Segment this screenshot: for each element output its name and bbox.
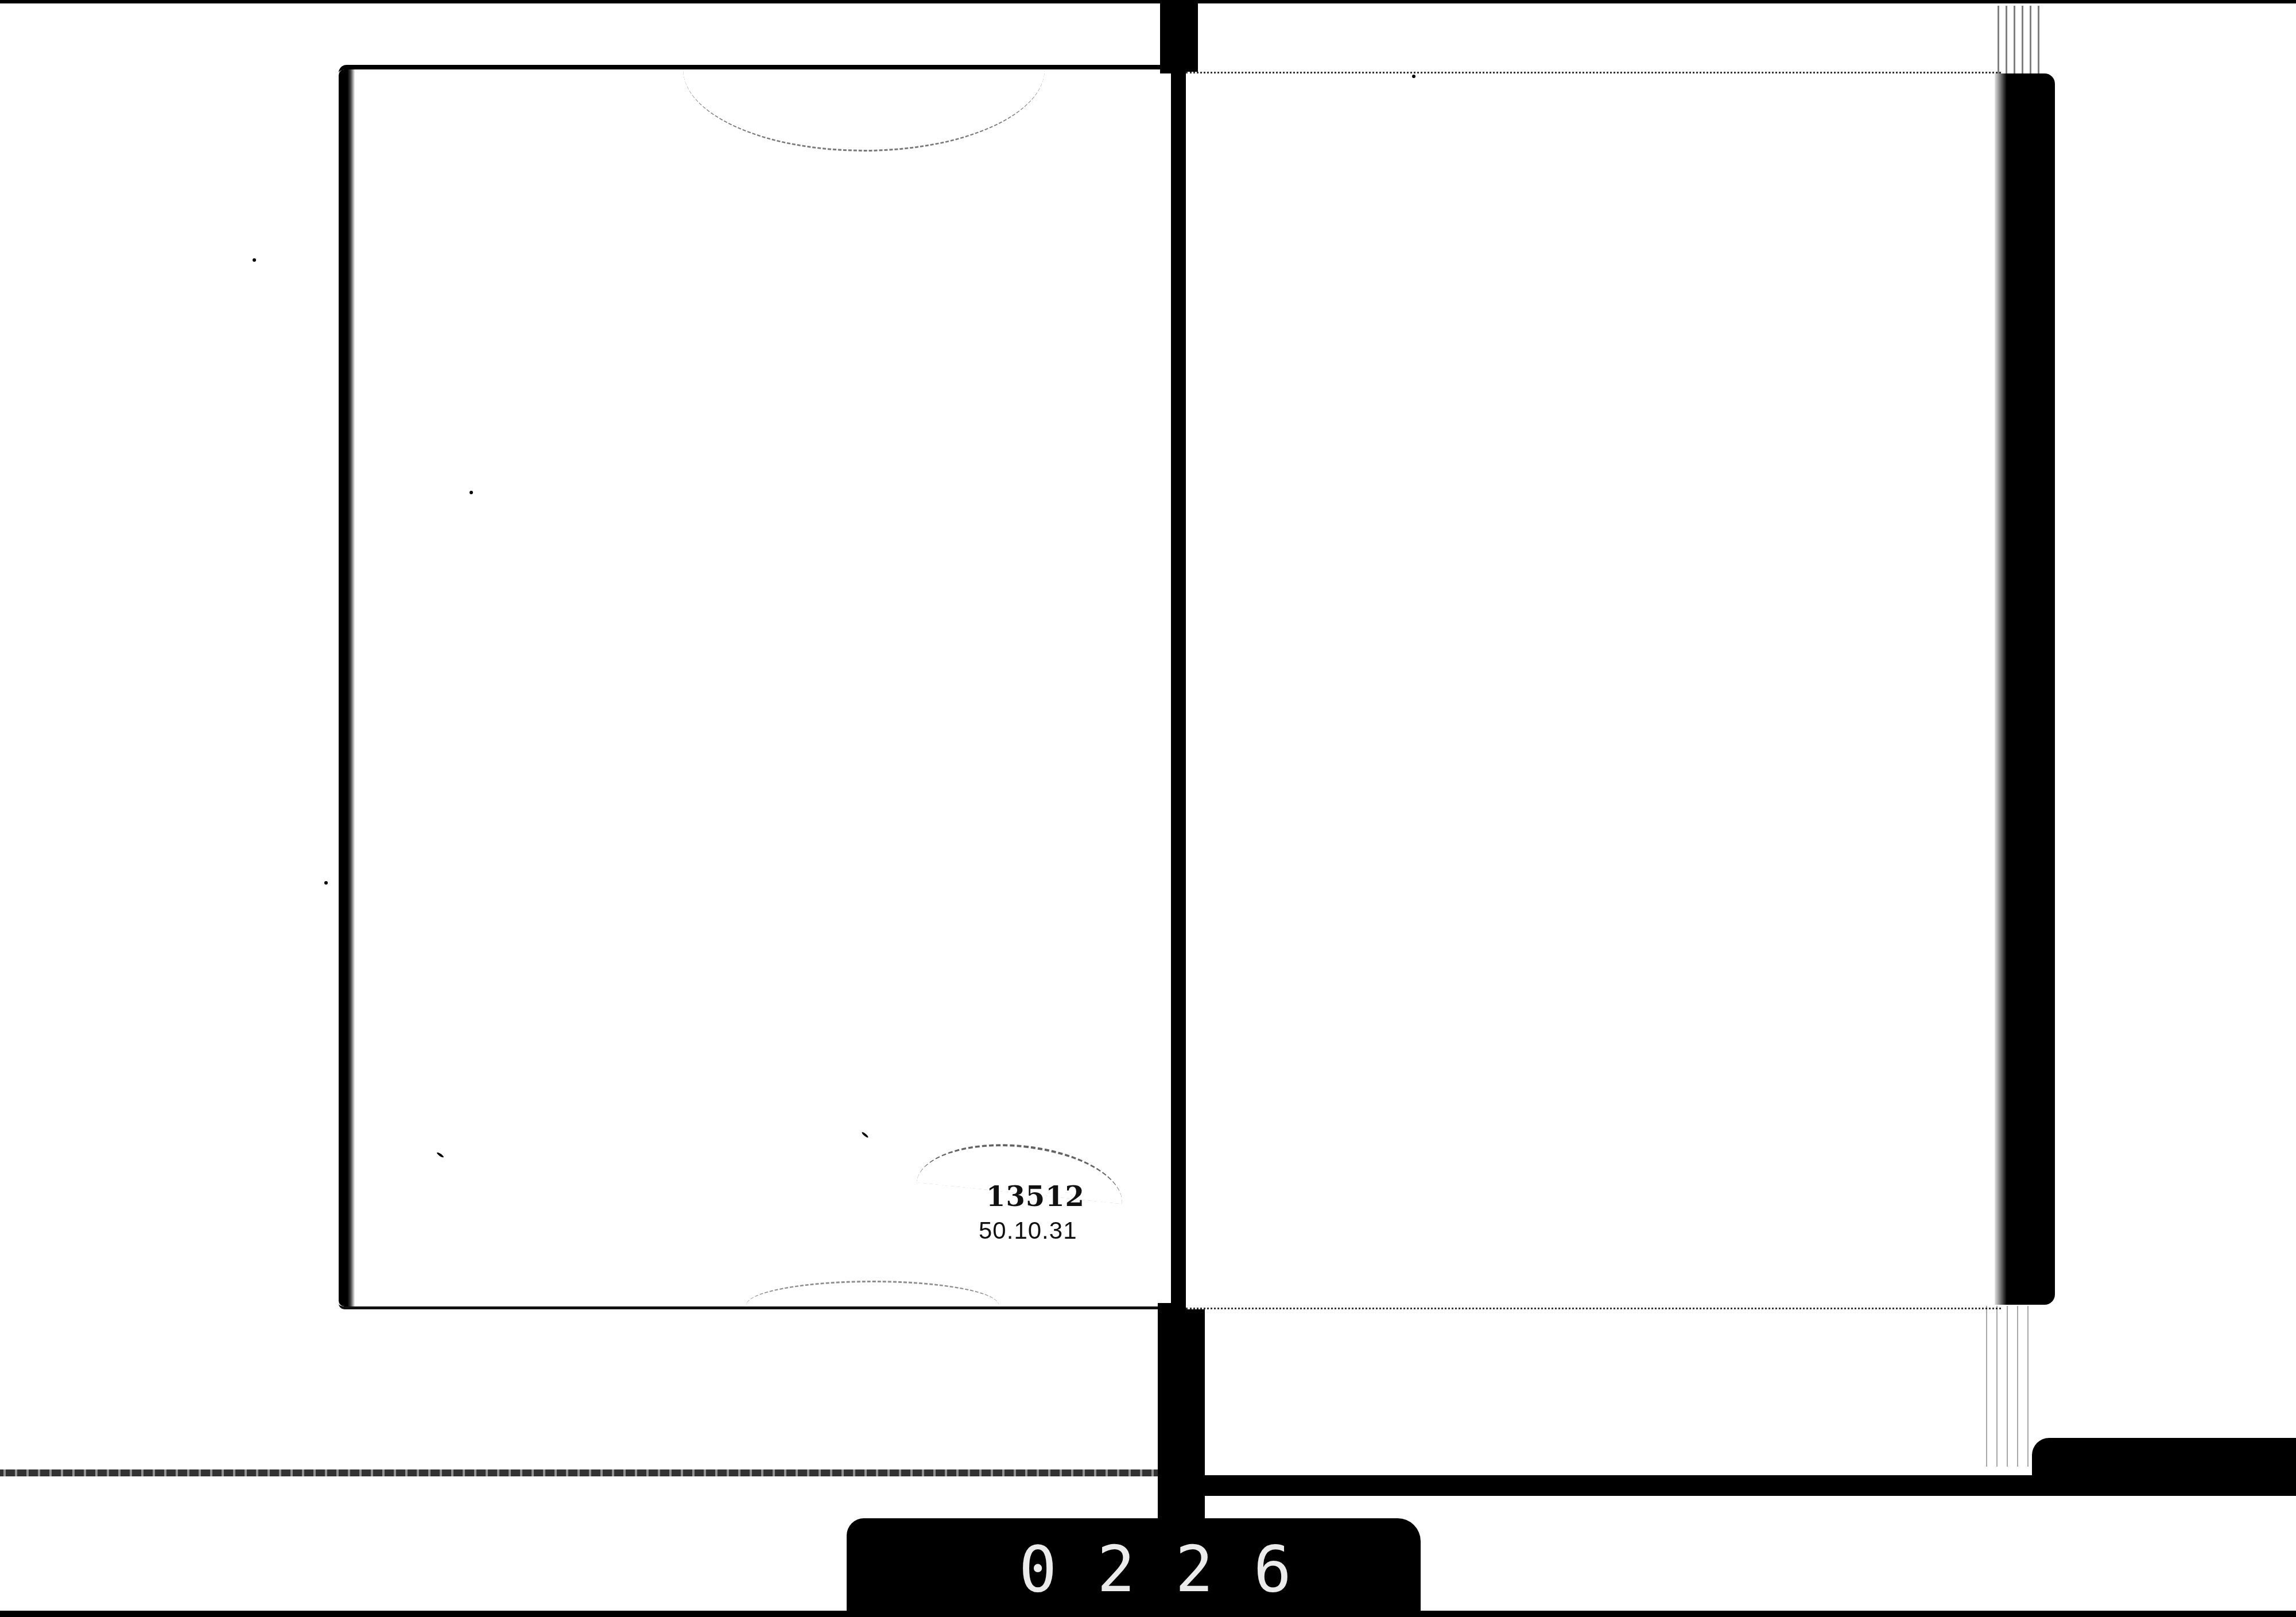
stain-bottom xyxy=(746,1281,999,1305)
right-page xyxy=(1186,72,2001,1309)
dust-speck xyxy=(324,881,328,885)
right-base-shadow xyxy=(2032,1438,2296,1495)
book-gutter xyxy=(1171,69,1186,1309)
left-page xyxy=(339,65,1174,1309)
dust-speck xyxy=(1412,75,1415,78)
film-bottom-border xyxy=(0,1611,2296,1617)
frame-counter-label: 0226 xyxy=(847,1518,1421,1613)
dust-speck xyxy=(253,258,256,262)
accession-stamp: 13512 50.10.31 xyxy=(918,1145,1131,1254)
fore-edge-streaks-bottom xyxy=(1986,1306,2032,1467)
accession-number: 13512 xyxy=(986,1181,1085,1213)
gutter-top xyxy=(1160,0,1198,73)
dust-speck xyxy=(470,491,473,494)
microfilm-scan: 13512 50.10.31 0226 xyxy=(0,0,2296,1617)
frame-number: 0226 xyxy=(1019,1533,1332,1606)
film-top-border xyxy=(0,0,2296,3)
fore-edge-streaks-top xyxy=(1998,6,2043,73)
accession-date: 50.10.31 xyxy=(979,1217,1077,1244)
left-cover-edge xyxy=(339,69,355,1306)
left-base-edge xyxy=(0,1469,1158,1476)
fore-edge xyxy=(1995,73,2055,1305)
water-stain-top xyxy=(683,69,1045,152)
